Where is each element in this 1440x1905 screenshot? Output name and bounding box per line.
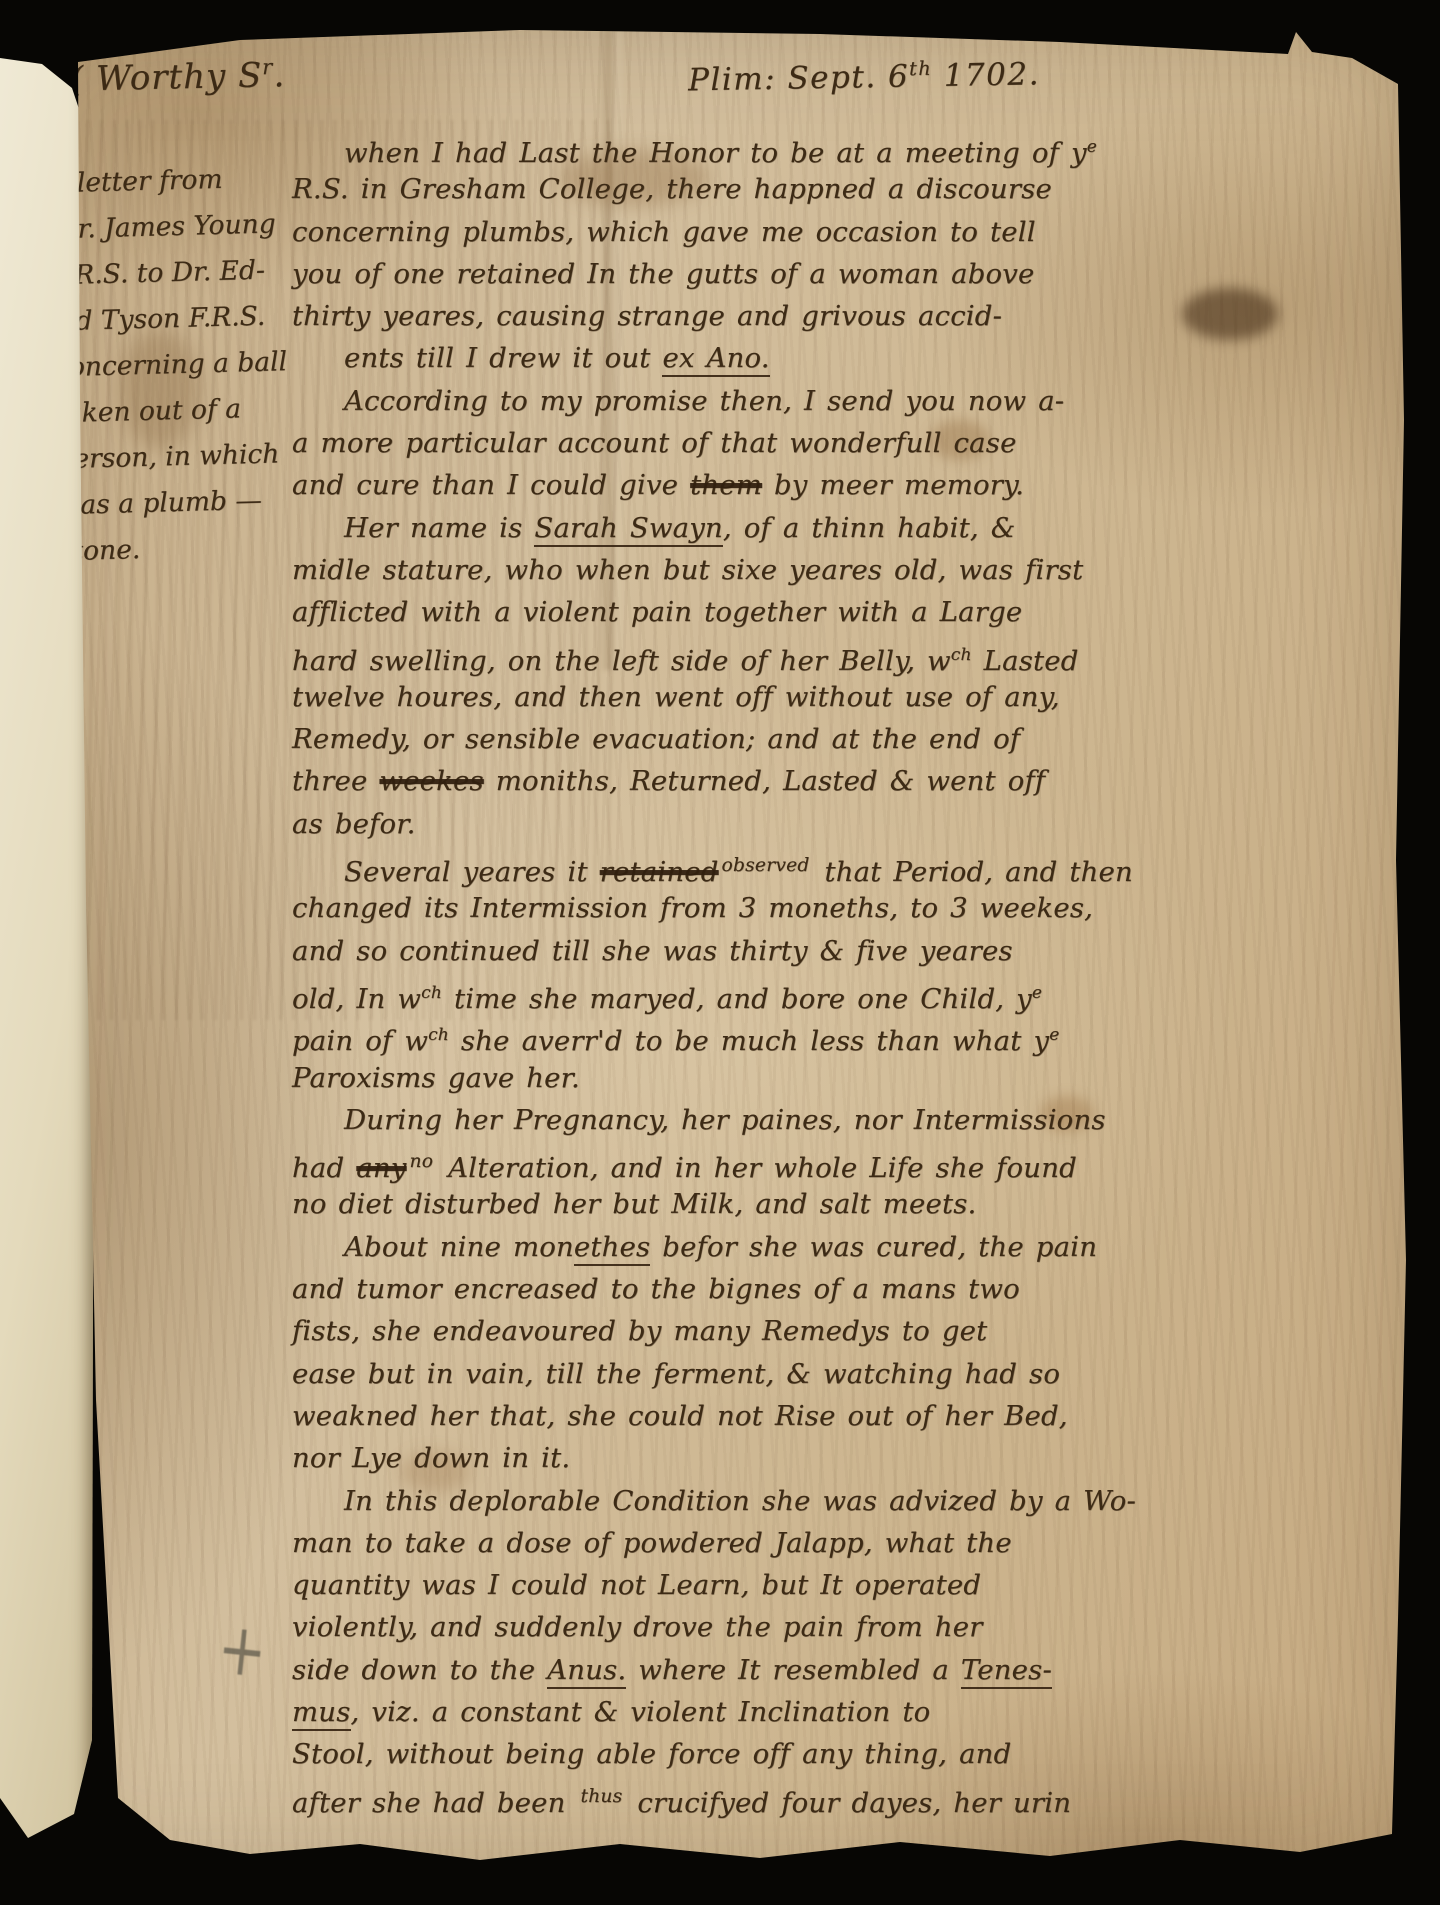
body-line: About nine monethes befor she was cured,…: [292, 1226, 1168, 1268]
text-segment: 1702.: [932, 56, 1040, 94]
text-segment: afflicted with a violent pain together w…: [292, 596, 1022, 628]
text-segment: that Period, and then: [813, 856, 1133, 888]
text-segment: thus: [580, 1786, 622, 1807]
body-line: Stool, without being able force off any …: [292, 1733, 1168, 1775]
text-segment: ex Ano.: [662, 342, 769, 377]
text-segment: mus: [292, 1696, 351, 1731]
body-line: you of one retained In the gutts of a wo…: [292, 253, 1168, 295]
text-segment: when I had Last the Honor to be at a mee…: [344, 137, 1087, 169]
text-segment: Anus.: [547, 1654, 626, 1689]
body-line: Remedy, or sensible evacuation; and at t…: [292, 718, 1168, 760]
text-segment: by meer memory.: [762, 469, 1024, 501]
body-line: midle stature, who when but sixe yeares …: [292, 549, 1168, 591]
body-line: concerning plumbs, which gave me occasio…: [292, 211, 1168, 253]
body-line: ease but in vain, till the ferment, & wa…: [292, 1353, 1168, 1395]
margin-note-line: wd Tyson F.R.S.: [52, 293, 303, 346]
text-segment: had: [292, 1152, 356, 1184]
text-segment: , viz. a constant & violent Inclination …: [351, 1696, 931, 1728]
body-line: changed its Intermission from 3 moneths,…: [292, 887, 1168, 929]
text-segment: ents till I drew it out: [344, 342, 662, 374]
text-segment: befor she was cured, the pain: [650, 1231, 1097, 1263]
body-line: Paroxisms gave her.: [292, 1057, 1168, 1099]
text-segment: observed: [722, 855, 810, 876]
text-segment: e: [1087, 137, 1097, 157]
margin-note-line: person, in which: [56, 431, 307, 484]
text-segment: Several yeares it: [344, 856, 600, 888]
text-segment: a more particular account of that wonder…: [292, 427, 1017, 459]
body-line: pain of wch she averr'd to be much less …: [292, 1014, 1168, 1056]
body-line: Several yeares it retainedobserved that …: [292, 845, 1168, 887]
body-line: and so continued till she was thirty & f…: [292, 930, 1168, 972]
text-segment: e: [1049, 1025, 1059, 1045]
text-segment: pain of w: [292, 1025, 428, 1057]
text-segment: ch: [428, 1025, 449, 1045]
text-segment: ethes: [574, 1231, 650, 1266]
dateline: Plim: Sept. 6th 1702.: [688, 55, 1041, 98]
text-segment: Paroxisms gave her.: [292, 1062, 580, 1094]
text-segment: According to my promise then, I send you…: [344, 385, 1064, 417]
text-segment: Lasted: [972, 645, 1079, 677]
margin-note: A letter fromMr. James YoungF.R.S. to Dr…: [49, 155, 310, 575]
text-segment: Her name is: [344, 512, 534, 544]
body-line: when I had Last the Honor to be at a mee…: [292, 126, 1168, 168]
text-segment: you of one retained In the gutts of a wo…: [292, 258, 1034, 290]
text-segment: nor Lye down in it.: [292, 1442, 570, 1474]
text-segment: no diet disturbed her but Milk, and salt…: [292, 1188, 976, 1220]
body-line: ents till I drew it out ex Ano.: [292, 337, 1168, 379]
body-line: side down to the Anus. where It resemble…: [292, 1649, 1168, 1691]
text-segment: and tumor encreased to the bignes of a m…: [292, 1273, 1020, 1305]
text-segment: after she had been: [292, 1787, 577, 1819]
body-line: According to my promise then, I send you…: [292, 380, 1168, 422]
body-line: three weekes moniths, Returned, Lasted &…: [292, 760, 1168, 802]
body-line: quantity was I could not Learn, but It o…: [292, 1564, 1168, 1606]
text-segment: Stool, without being able force off any …: [292, 1738, 1011, 1770]
margin-note-line: A letter from: [49, 155, 300, 208]
text-segment: no: [410, 1151, 434, 1172]
text-segment: e: [1032, 983, 1042, 1003]
text-segment: retained: [600, 856, 719, 888]
margin-note-line: was a plumb —: [57, 477, 308, 530]
body-line: violently, and suddenly drove the pain f…: [292, 1606, 1168, 1648]
text-segment: them: [690, 469, 762, 501]
text-segment: violently, and suddenly drove the pain f…: [292, 1611, 983, 1643]
text-segment: In this deplorable Condition she was adv…: [344, 1485, 1136, 1517]
text-segment: hard swelling, on the left side of her B…: [292, 645, 951, 677]
letter-body: when I had Last the Honor to be at a mee…: [292, 126, 1168, 1818]
text-segment: and cure than I could give: [292, 469, 690, 501]
text-segment: thirty yeares, causing strange and grivo…: [292, 300, 1002, 332]
text-segment: th: [909, 57, 932, 80]
text-segment: fists, she endeavoured by many Remedys t…: [292, 1315, 987, 1347]
text-segment: About nine mon: [344, 1231, 574, 1263]
text-segment: ( Worthy S: [70, 56, 263, 100]
salutation: ( Worthy Sr.: [70, 54, 286, 100]
text-segment: where It resembled a: [626, 1654, 961, 1686]
text-segment: Alteration, and in her whole Life she fo…: [436, 1152, 1077, 1184]
text-segment: quantity was I could not Learn, but It o…: [292, 1569, 981, 1601]
text-segment: midle stature, who when but sixe yeares …: [292, 554, 1083, 586]
body-line: a more particular account of that wonder…: [292, 422, 1168, 464]
body-line: afflicted with a violent pain together w…: [292, 591, 1168, 633]
body-line: twelve houres, and then went off without…: [292, 676, 1168, 718]
text-segment: side down to the: [292, 1654, 547, 1686]
body-line: as befor.: [292, 803, 1168, 845]
manuscript-photo: ( Worthy Sr. Plim: Sept. 6th 1702. A let…: [0, 0, 1440, 1905]
margin-note-line: taken out of a: [55, 385, 306, 438]
body-line: thirty yeares, causing strange and grivo…: [292, 295, 1168, 337]
text-segment: concerning plumbs, which gave me occasio…: [292, 216, 1036, 248]
ink-blot: [1182, 288, 1278, 340]
margin-note-line: F.R.S. to Dr. Ed-: [51, 247, 302, 300]
text-segment: as befor.: [292, 808, 416, 840]
body-line: after she had been thus crucifyed four d…: [292, 1776, 1168, 1818]
body-line: Her name is Sarah Swayn, of a thinn habi…: [292, 507, 1168, 549]
body-line: no diet disturbed her but Milk, and salt…: [292, 1183, 1168, 1225]
margin-note-line: Mr. James Young: [50, 201, 301, 254]
text-segment: old, In w: [292, 983, 421, 1015]
text-segment: she averr'd to be much less than what y: [449, 1025, 1049, 1057]
text-segment: Tenes-: [961, 1654, 1052, 1689]
text-segment: weekes: [379, 765, 483, 797]
text-segment: any: [356, 1152, 406, 1184]
body-line: hard swelling, on the left side of her B…: [292, 634, 1168, 676]
text-segment: , of a thinn habit, &: [723, 512, 1016, 544]
text-segment: three: [292, 765, 379, 797]
text-segment: ch: [421, 983, 442, 1003]
text-segment: man to take a dose of powdered Jalapp, w…: [292, 1527, 1012, 1559]
text-segment: ease but in vain, till the ferment, & wa…: [292, 1358, 1060, 1390]
text-segment: weakned her that, she could not Rise out…: [292, 1400, 1068, 1432]
body-line: old, In wch time she maryed, and bore on…: [292, 972, 1168, 1014]
text-segment: ch: [951, 645, 972, 665]
body-line: fists, she endeavoured by many Remedys t…: [292, 1310, 1168, 1352]
pencil-cross-mark: +: [214, 1605, 271, 1695]
text-segment: moniths, Returned, Lasted & went off: [484, 765, 1046, 797]
text-segment: R.S. in Gresham College, there happned a…: [292, 173, 1052, 205]
text-segment: .: [273, 55, 286, 95]
body-line: and cure than I could give them by meer …: [292, 464, 1168, 506]
body-line: R.S. in Gresham College, there happned a…: [292, 168, 1168, 210]
body-line: mus, viz. a constant & violent Inclinati…: [292, 1691, 1168, 1733]
text-segment: time she maryed, and bore one Child, y: [442, 983, 1032, 1015]
body-line: During her Pregnancy, her paines, nor In…: [292, 1099, 1168, 1141]
text-segment: crucifyed four dayes, her urin: [625, 1787, 1071, 1819]
manuscript-page: ( Worthy Sr. Plim: Sept. 6th 1702. A let…: [0, 0, 1440, 1905]
body-line: In this deplorable Condition she was adv…: [292, 1480, 1168, 1522]
text-segment: and so continued till she was thirty & f…: [292, 935, 1013, 967]
body-line: had anyno Alteration, and in her whole L…: [292, 1141, 1168, 1183]
body-line: weakned her that, she could not Rise out…: [292, 1395, 1168, 1437]
body-line: and tumor encreased to the bignes of a m…: [292, 1268, 1168, 1310]
margin-note-line: concerning a ball: [53, 339, 304, 392]
text-segment: changed its Intermission from 3 moneths,…: [292, 892, 1093, 924]
text-segment: Remedy, or sensible evacuation; and at t…: [292, 723, 1020, 755]
text-segment: twelve houres, and then went off without…: [292, 681, 1060, 713]
text-segment: During her Pregnancy, her paines, nor In…: [344, 1104, 1106, 1136]
body-line: man to take a dose of powdered Jalapp, w…: [292, 1522, 1168, 1564]
body-line: nor Lye down in it.: [292, 1437, 1168, 1479]
text-segment: Plim: Sept. 6: [688, 59, 910, 99]
text-segment: Sarah Swayn: [534, 512, 722, 547]
margin-note-line: stone.: [58, 523, 309, 576]
